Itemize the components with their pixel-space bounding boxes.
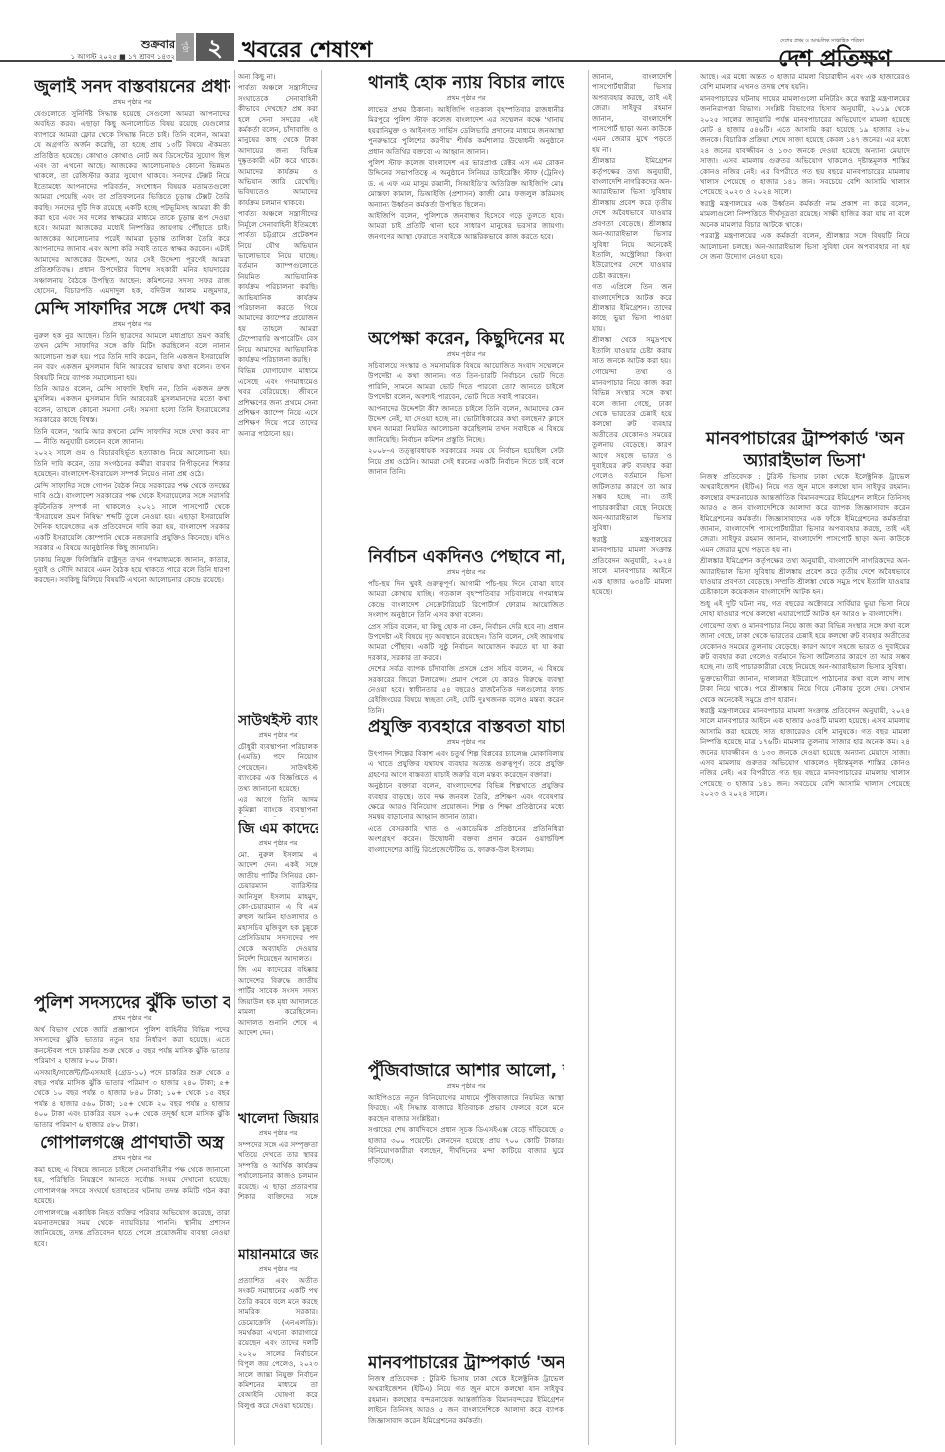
kicker: প্রথম পৃষ্ঠার পর <box>368 94 564 103</box>
article-body: উৎপাদন শিল্পের বিকাশ এবং চতুর্থ শিল্প বি… <box>368 749 564 855</box>
paragraph: মেন্দি সাফাদির সঙ্গে গোপন বৈঠক নিয়ে সরক… <box>34 481 230 554</box>
paragraph: নিজস্ব প্রতিবেদক : টুরিস্ট ভিসায় ঢাকা থ… <box>368 1374 564 1426</box>
kicker: প্রথম পৃষ্ঠার পর <box>368 738 564 747</box>
headline[interactable]: খালেদা জিয়ার কণ্ঠ <box>238 1110 318 1129</box>
masthead: শুক্রবার ১ আগস্ট ২০২৫ ■ ১৭ শ্রাবণ ১৪৩২ প… <box>0 0 945 56</box>
paragraph: ২০০৮-এ তত্ত্বাবধায়ক সরকারের সময় যে নির… <box>368 446 564 477</box>
paragraph: গোয়েন্দা তথ্য ও মানবপাচার নিয়ে কাজ করা… <box>700 621 910 673</box>
article-body: সম্পদের সঙ্গে এর সম্পৃক্ততা খতিয়ে দেখতে… <box>238 1140 318 1200</box>
article-body: নিজস্ব প্রতিবেদক : টুরিস্ট ভিসায় ঢাকা থ… <box>368 1374 564 1426</box>
article-technology-reality[interactable]: প্রযুক্তি ব্যবহারে বাস্তবতা যাচাই জরুরি … <box>368 716 564 1058</box>
article-body: মো. নুরুল ইসলাম এ আদেশ দেন। একই সঙ্গে জা… <box>238 850 318 1038</box>
paragraph: মানবপাচারের ঘটনায় দায়ের মামলাগুলো মনিট… <box>700 94 910 198</box>
article-myanmar[interactable]: মায়ানমারে জরুরি প্রথম পৃষ্ঠার পর প্রত্য… <box>238 1246 318 1442</box>
masthead-rule-right <box>238 60 945 62</box>
headline[interactable]: মানবপাচারের ট্রাম্পকার্ড 'অন অ্যারাইভাল … <box>700 428 910 472</box>
headline[interactable]: থানাই হোক ন্যায় বিচার লাভের প্রথম <box>368 72 564 94</box>
paragraph: গোয়েন্দা তথ্য ও মানবপাচার নিয়ে কাজ করা… <box>592 367 672 534</box>
paragraph: আইপিওতে নতুন বিনিয়োগের মাধ্যমে পুঁজিবাজ… <box>368 1093 564 1124</box>
headline[interactable]: মেন্দি সাফাদির সঙ্গে দেখা করার <box>34 298 230 320</box>
article-thana-justice[interactable]: থানাই হোক ন্যায় বিচার লাভের প্রথম প্রথম… <box>368 72 564 327</box>
article-body: প্রত্যাশিত এবং অতীত সংকট সমাধানের একটি প… <box>238 1276 318 1411</box>
kicker: প্রথম পৃষ্ঠার পর <box>368 568 564 577</box>
headline[interactable]: মানবপাচারের ট্রাম্পকার্ড 'অন অ্যারাইভাল … <box>368 1352 564 1374</box>
section-title: খবরের শেষাংশ <box>242 33 372 70</box>
headline[interactable]: মায়ানমারে জরুরি <box>238 1246 318 1265</box>
headline[interactable]: অপেক্ষা করেন, কিছুদিনের মধ্যে <box>368 328 564 350</box>
kicker: প্রথম পৃষ্ঠার পর <box>34 320 230 329</box>
kicker: প্রথম পৃষ্ঠার পর <box>238 839 318 848</box>
article-trafficking-middle[interactable]: মানবপাচারের ট্রাম্পকার্ড 'অন অ্যারাইভাল … <box>368 1352 564 1444</box>
paragraph: যেগুলোতে সুনির্দিষ্ট সিদ্ধান্ত হয়েছে সে… <box>34 109 230 296</box>
paragraph: দেশের সর্বত্র ব্যাপক চাঁদাবাজি প্রসঙ্গে … <box>368 664 564 714</box>
paragraph: শুধু এই দুটি ঘটনা নয়, গত বছরের অক্টোবরে… <box>700 599 910 620</box>
headline[interactable]: পুঁজিবাজারে আশার আলো, আস্থা <box>368 1060 564 1082</box>
paragraph: শ্রীলঙ্কার ইমিগ্রেশন কর্তৃপক্ষের তথ্য অন… <box>592 156 672 281</box>
article-trafficking-stats[interactable]: আছে। এর মধ্যে অন্তত ৩ হাজার মামলা বিচারা… <box>700 72 910 430</box>
column-divider <box>321 70 322 1445</box>
article-gm-kader[interactable]: জি এম কাদেরের প্রথম পৃষ্ঠার পর মো. নুরুল… <box>238 820 318 1110</box>
paragraph: ভুক্তভোগীরা জানান, দালালরা ইউরোপে পাঠানো… <box>700 674 910 705</box>
article-body: অর্থ বিভাগ থেকে জারি প্রজ্ঞাপনে পুলিশ বা… <box>34 1025 230 1130</box>
paragraph: অর্থ বিভাগ থেকে জারি প্রজ্ঞাপনে পুলিশ বা… <box>34 1025 230 1067</box>
column-divider <box>234 70 235 1445</box>
article-mehdi-safadi[interactable]: মেন্দি সাফাদির সঙ্গে দেখা করার প্রথম পৃষ… <box>34 298 230 690</box>
paragraph: শ্রীলঙ্কার ইমিগ্রেশন কর্তৃপক্ষের তথ্য অন… <box>700 556 910 598</box>
article-army-continued[interactable]: অন্য কিছু না। পার্বত্য অঞ্চলে সন্ত্রাসীদ… <box>238 72 318 712</box>
kicker: প্রথম পৃষ্ঠার পর <box>34 1154 230 1163</box>
article-july-charter[interactable]: জুলাই সনদ বাস্তবায়নের প্রধান দায়িত্ব প… <box>34 76 230 296</box>
article-body: অন্য কিছু না। পার্বত্য অঞ্চলে সন্ত্রাসীদ… <box>238 72 318 439</box>
article-body: পাঁচ-ছয় দিন খুবই গুরুত্বপূর্ণ। আগামী পা… <box>368 579 564 714</box>
paragraph: নুরুল হক নুর আছেন। তিনি ছাত্রদের আমলে মধ… <box>34 331 230 383</box>
paragraph: শ্রীলঙ্কা থেকে সমুদ্রপথে ইতালি যাওয়ার চ… <box>592 335 672 366</box>
paragraph: বিভিন্ন যোগাযোগ মাধ্যমে এসেছে এবং গণমাধ্… <box>238 366 318 439</box>
article-body: লাভের প্রথম ঠিকানা। আইজিপি গতকাল বৃহস্পত… <box>368 105 564 242</box>
article-stock-market[interactable]: পুঁজিবাজারে আশার আলো, আস্থা প্রথম পৃষ্ঠা… <box>368 1060 564 1350</box>
paragraph: ঢাকায় নিযুক্ত ফিলিস্তিনি রাষ্ট্রদূত তখন… <box>34 555 230 586</box>
article-body: সচিবালয়ে সংস্কার ও সমসাময়িক বিষয়ে আয়… <box>368 361 564 477</box>
kicker: প্রথম পৃষ্ঠার পর <box>238 1265 318 1274</box>
kicker: প্রথম পৃষ্ঠার পর <box>238 731 318 740</box>
paragraph: ২০২২ সালে গুম ও বিচারবহির্ভূত হত্যাকাণ্ড… <box>34 448 230 479</box>
paragraph: কমা হচ্ছে এ বিষয়ে জানতে চাইলে সেনাবাহিন… <box>34 1165 230 1207</box>
kicker: প্রথম পৃষ্ঠার পর <box>34 1014 230 1023</box>
column-divider <box>675 70 676 1445</box>
paragraph: পুলিশ স্টাফ কলেজ বাংলাদেশ এর ভারপ্রাপ্ত … <box>368 158 564 210</box>
paragraph: জি এম কাদেরের বহিষ্কার আদেশের বিরুদ্ধে জ… <box>238 965 318 1038</box>
headline[interactable]: পুলিশ সদস্যদের ঝুঁকি ভাতা বাড়িয়ে <box>34 992 230 1014</box>
paragraph: পার্বত্য অঞ্চলে সন্ত্রাসীদের সংঘাতেকে সে… <box>238 83 318 208</box>
paragraph: আপনাদের উদ্দেশটা কী? জানতে চাইলে তিনি বল… <box>368 404 564 446</box>
article-body: কমা হচ্ছে এ বিষয়ে জানতে চাইলে সেনাবাহিন… <box>34 1165 230 1249</box>
kicker: প্রথম পৃষ্ঠার পর <box>368 350 564 359</box>
paragraph: স্বরাষ্ট্র মন্ত্রণালয়ের মানবপাচার মামলা… <box>700 706 910 800</box>
article-gopalganj[interactable]: গোপালগঞ্জে প্রাণঘাতী অস্ত্র প্রথম পৃষ্ঠা… <box>34 1132 230 1442</box>
paragraph: জানান, বাংলাদেশি পাসপোর্টধারীরা ভিসার অপ… <box>592 72 672 155</box>
page-number: ২ <box>196 33 234 61</box>
article-body: নিজস্ব প্রতিবেদক : টুরিস্ট ভিসায় ঢাকা থ… <box>700 472 910 800</box>
headline[interactable]: জুলাই সনদ বাস্তবায়নের প্রধান দায়িত্ব <box>34 76 230 98</box>
paragraph: নিজস্ব প্রতিবেদক : টুরিস্ট ভিসায় ঢাকা থ… <box>700 472 910 555</box>
kicker: প্রথম পৃষ্ঠার পর <box>368 1082 564 1091</box>
paragraph: এসআই/সার্জেন্ট/টিএসআই (গ্রেড-১০) পদে চাক… <box>34 1068 230 1130</box>
kicker: প্রথম পৃষ্ঠার পর <box>238 1129 318 1138</box>
article-body: জানান, বাংলাদেশি পাসপোর্টধারীরা ভিসার অপ… <box>592 72 672 597</box>
paragraph: প্রেস সচিব বলেন, যা কিছু হোক না কেন, নির… <box>368 622 564 664</box>
paragraph: পররাষ্ট্র মন্ত্রণালয়ের এক কর্মকর্তা বলে… <box>700 231 910 262</box>
paragraph: স্বরাষ্ট্র মন্ত্রণালয়ের মানবপাচার মামলা… <box>592 535 672 597</box>
paragraph: চৌধুরী ব্যবস্থাপনা পরিচালক (এমডি) পদে নি… <box>238 742 318 794</box>
masthead-rule-left <box>0 60 172 62</box>
paragraph: অন্য কিছু না। <box>238 72 318 82</box>
page-label: পৃষ্ঠা <box>176 33 194 61</box>
headline[interactable]: প্রযুক্তি ব্যবহারে বাস্তবতা যাচাই জরুরি <box>368 716 564 738</box>
paragraph: মো. নুরুল ইসলাম এ আদেশ দেন। একই সঙ্গে জা… <box>238 850 318 964</box>
headline[interactable]: নির্বাচন একদিনও পেছাবে না, তবে <box>368 546 564 568</box>
paragraph: অনুষ্ঠানে বক্তারা বলেন, বাংলাদেশের বিভিন… <box>368 781 564 823</box>
paragraph: পার্বত্য অঞ্চলে সন্ত্রাসীদের নির্মূলে সে… <box>238 209 318 365</box>
article-body: যেগুলোতে সুনির্দিষ্ট সিদ্ধান্ত হয়েছে সে… <box>34 109 230 296</box>
headline[interactable]: জি এম কাদেরের <box>238 820 318 839</box>
paragraph: তিনি বলেন, 'আমি আর কখনো মেন্দি সাফাদির স… <box>34 427 230 448</box>
paragraph: আছে। এর মধ্যে অন্তত ৩ হাজার মামলা বিচারা… <box>700 72 910 93</box>
headline[interactable]: সাউথইস্ট ব্যাংকের <box>238 712 318 731</box>
paragraph: তিনি আরও বলেন, মেন্দি সাফাদি ইহুদি নন, ত… <box>34 384 230 426</box>
paragraph: সম্পদের সঙ্গে এর সম্পৃক্ততা খতিয়ে দেখতে… <box>238 1140 318 1200</box>
kicker: প্রথম পৃষ্ঠার পর <box>34 98 230 107</box>
article-trafficking-right[interactable]: মানবপাচারের ট্রাম্পকার্ড 'অন অ্যারাইভাল … <box>700 428 910 1444</box>
article-body: চৌধুরী ব্যবস্থাপনা পরিচালক (এমডি) পদে নি… <box>238 742 318 817</box>
article-body: আছে। এর মধ্যে অন্তত ৩ হাজার মামলা বিচারা… <box>700 72 910 262</box>
paragraph: সচিবালয়ে সংস্কার ও সমসাময়িক বিষয়ে আয়… <box>368 361 564 403</box>
paragraph: আইজিপি বলেন, পুলিশকে জনবান্ধব হিসেবে গড়… <box>368 211 564 242</box>
paragraph: উৎপাদন শিল্পের বিকাশ এবং চতুর্থ শিল্প বি… <box>368 749 564 780</box>
article-police-risk-allowance[interactable]: পুলিশ সদস্যদের ঝুঁকি ভাতা বাড়িয়ে প্রথম… <box>34 992 230 1130</box>
article-southeast-bank[interactable]: সাউথইস্ট ব্যাংকের প্রথম পৃষ্ঠার পর চৌধুর… <box>238 712 318 817</box>
article-wait-few-days[interactable]: অপেক্ষা করেন, কিছুদিনের মধ্যে প্রথম পৃষ্… <box>368 328 564 543</box>
paragraph: গত এপ্রিলে তিন জন বাংলাদেশিকে আটক করে শ্… <box>592 282 672 334</box>
paragraph: সপ্তাহের শেষ কার্যদিবসে প্রধান সূচক ডিএস… <box>368 1125 564 1167</box>
article-khaleda-zia[interactable]: খালেদা জিয়ার কণ্ঠ প্রথম পৃষ্ঠার পর সম্প… <box>238 1110 318 1200</box>
article-election-not-delayed[interactable]: নির্বাচন একদিনও পেছাবে না, তবে প্রথম পৃষ… <box>368 546 564 714</box>
column-divider <box>588 70 589 1445</box>
headline[interactable]: গোপালগঞ্জে প্রাণঘাতী অস্ত্র <box>34 1132 230 1154</box>
article-body: আইপিওতে নতুন বিনিয়োগের মাধ্যমে পুঁজিবাজ… <box>368 1093 564 1167</box>
paragraph: এর আগে তিনি আদম কুমিল্লা ব্যাংকে ব্যবস্থ… <box>238 795 318 817</box>
paragraph: প্রত্যাশিত এবং অতীত সংকট সমাধানের একটি প… <box>238 1276 318 1411</box>
article-trafficking-continued[interactable]: জানান, বাংলাদেশি পাসপোর্টধারীরা ভিসার অপ… <box>592 72 672 1444</box>
article-body: নুরুল হক নুর আছেন। তিনি ছাত্রদের আমলে মধ… <box>34 331 230 586</box>
paragraph: স্বরাষ্ট্র মন্ত্রণালয়ের এক উর্ধ্বতন কর্… <box>700 199 910 230</box>
paragraph: গোপালগঞ্জে একাধিক নিহত ব্যক্তির পরিবার অ… <box>34 1208 230 1250</box>
paragraph: লাভের প্রথম ঠিকানা। আইজিপি গতকাল বৃহস্পত… <box>368 105 564 157</box>
paragraph: পাঁচ-ছয় দিন খুবই গুরুত্বপূর্ণ। আগামী পা… <box>368 579 564 621</box>
paragraph: এতে বেসরকারি খাত ও একাডেমিক প্রতিষ্ঠানের… <box>368 824 564 855</box>
